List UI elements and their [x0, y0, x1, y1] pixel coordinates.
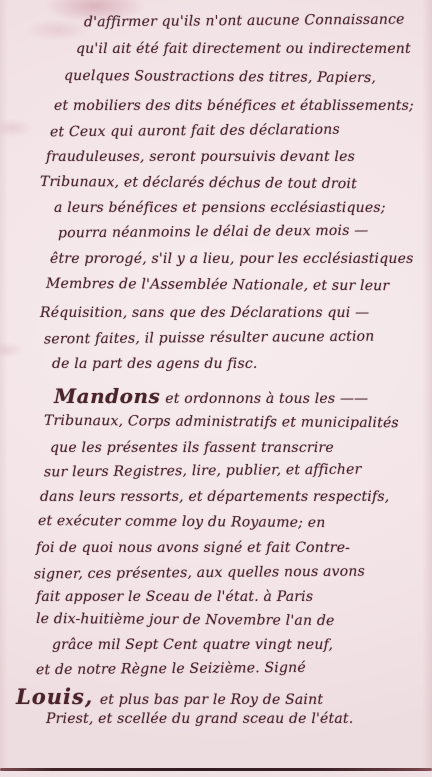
manuscript-line: Membres de l'Assemblée Nationale, et sur… [46, 276, 389, 294]
manuscript-line: de la part des agens du fisc. [52, 356, 258, 372]
manuscript-line: quelques Soustractions des titres, Papie… [64, 68, 376, 86]
manuscript-line: dans leurs ressorts, et départements res… [40, 489, 389, 505]
manuscript-line: Tribunaux, et déclarés déchus de tout dr… [40, 174, 357, 192]
manuscript-line: le dix-huitième jour de Novembre l'an de [36, 611, 335, 629]
manuscript-line: pourra néanmoins le délai de deux mois — [58, 223, 369, 242]
manuscript-line: et mobiliers des dits bénéfices et établ… [54, 98, 414, 114]
manuscript-line: Priest, et scellée du grand sceau de l'é… [46, 711, 353, 727]
manuscript-line: d'affirmer qu'ils n'ont aucune Connaissa… [84, 12, 405, 31]
manuscript-line-mandons: Mandonset ordonnons à tous les —— [54, 384, 368, 408]
manuscript-line: et de notre Règne le Seizième. Signé [36, 660, 306, 678]
louis-signature: Louis, [16, 684, 93, 709]
manuscript-line: sur leurs Registres, lire, publier, et a… [44, 462, 362, 481]
manuscript-line: a leurs bénéfices et pensions ecclésiast… [54, 200, 386, 216]
manuscript-line: Tribunaux, Corps administratifs et munic… [44, 413, 399, 431]
manuscript-line: fait apposer le Sceau de l'état. à Paris [36, 589, 313, 605]
manuscript-line: que les présentes ils fassent transcrire [50, 440, 334, 456]
signature-line-rest: et plus bas par le Roy de Saint [100, 692, 323, 708]
manuscript-line: foi de quoi nous avons signé et fait Con… [36, 540, 350, 556]
manuscript-line: grâce mil Sept Cent quatre vingt neuf, [52, 637, 333, 653]
mandons-opening-word: Mandons [54, 384, 160, 408]
manuscript-line: seront faites, il puisse résulter aucune… [44, 329, 375, 348]
page-foot-margin [0, 771, 432, 777]
manuscript-line: Réquisition, sans que des Déclarations q… [40, 305, 369, 321]
manuscript-line: et Ceux qui auront fait des déclarations [50, 122, 340, 141]
manuscript-line: être prorogé, s'il y a lieu, pour les ec… [50, 251, 413, 267]
manuscript-line: frauduleuses, seront poursuivis devant l… [46, 149, 355, 165]
manuscript-line: signer, ces présentes, aux quelles nous … [34, 564, 365, 583]
manuscript-line: et exécuter comme loy du Royaume; en [38, 513, 326, 531]
mandons-line-rest: et ordonnons à tous les —— [165, 391, 368, 407]
manuscript-line-signature: Louis, et plus bas par le Roy de Saint [16, 684, 323, 709]
manuscript-line: qu'il ait été fait directement ou indire… [76, 41, 411, 57]
manuscript-page: d'affirmer qu'ils n'ont aucune Connaissa… [0, 0, 432, 777]
